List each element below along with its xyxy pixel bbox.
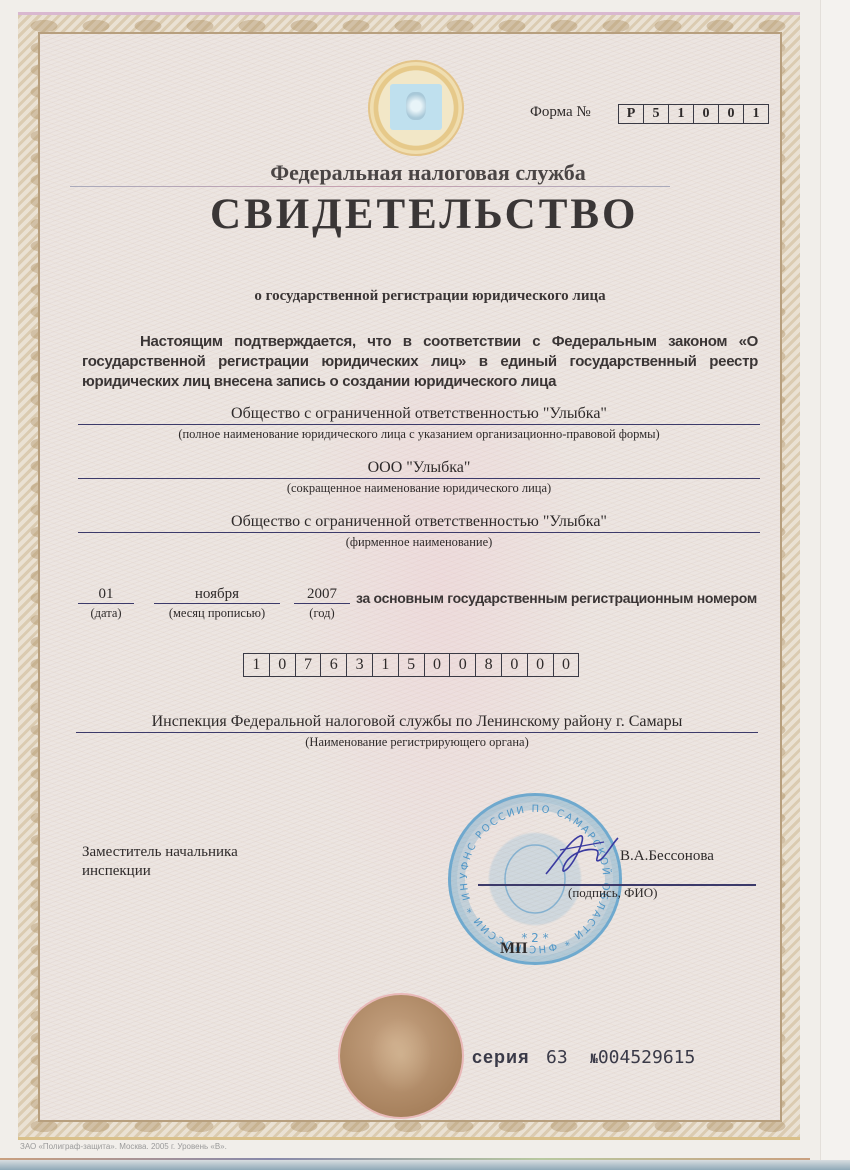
divider (70, 186, 670, 187)
firm-name-field: Общество с ограниченной ответственностью… (78, 512, 760, 551)
signer-position-line2: инспекции (82, 862, 238, 881)
agency-name: Федеральная налоговая служба (0, 160, 850, 186)
fns-hologram-emblem-icon (368, 60, 464, 156)
ogrn-boxes: 1076315008000 (243, 653, 579, 677)
number-sign: № (590, 1052, 598, 1067)
ogrn-digit: 0 (528, 654, 554, 676)
authority-caption: (Наименование регистрирующего органа) (76, 733, 758, 751)
serial-number: №004529615 (590, 1047, 695, 1068)
firm-name-caption: (фирменное наименование) (78, 533, 760, 551)
registration-number-label: за основным государственным регистрацион… (356, 590, 757, 606)
full-name-value: Общество с ограниченной ответственностью… (78, 404, 760, 425)
ogrn-digit: 0 (502, 654, 528, 676)
document-title: СВИДЕТЕЛЬСТВО (210, 190, 639, 239)
ogrn-digit: 1 (373, 654, 399, 676)
date-day: 01 (дата) (78, 585, 134, 622)
ogrn-digit: 1 (244, 654, 270, 676)
ogrn-digit: 0 (425, 654, 451, 676)
date-year-caption: (год) (294, 604, 350, 622)
signer-name: В.А.Бессонова (620, 848, 714, 865)
form-number-label: Форма № (530, 104, 591, 121)
full-name-caption: (полное наименование юридического лица с… (78, 425, 760, 443)
signature-caption: (подпись, ФИО) (568, 885, 658, 901)
series-label: серия (472, 1047, 530, 1068)
form-number-digit: 0 (694, 105, 719, 123)
eagle-emblem-icon (390, 84, 442, 130)
authority-field: Инспекция Федеральной налоговой службы п… (76, 712, 758, 751)
ogrn-digit: 0 (554, 654, 579, 676)
printer-note: ЗАО «Полиграф-защита». Москва. 2005 г. У… (20, 1142, 227, 1151)
date-year: 2007 (год) (294, 585, 350, 622)
form-number-digit: 5 (644, 105, 669, 123)
date-month: ноября (месяц прописью) (154, 585, 280, 622)
date-month-value: ноября (154, 585, 280, 604)
date-month-caption: (месяц прописью) (154, 604, 280, 622)
seal-place-mark: МП (500, 940, 528, 958)
form-number-boxes: Р51001 (618, 104, 769, 124)
authority-value: Инспекция Федеральной налоговой службы п… (76, 712, 758, 733)
form-number-digit: Р (619, 105, 644, 123)
form-number-digit: 1 (744, 105, 768, 123)
document-subtitle: о государственной регистрации юридическо… (0, 288, 850, 305)
date-day-caption: (дата) (78, 604, 134, 622)
confirmation-paragraph: Настоящим подтверждается, что в соответс… (82, 332, 758, 392)
firm-name-value: Общество с ограниченной ответственностью… (78, 512, 760, 533)
ogrn-digit: 7 (296, 654, 322, 676)
short-name-caption: (сокращенное наименование юридического л… (78, 479, 760, 497)
form-number-digit: 0 (719, 105, 744, 123)
serial-number-value: 004529615 (598, 1047, 696, 1068)
scan-edge (0, 1160, 850, 1170)
ogrn-digit: 6 (321, 654, 347, 676)
signer-position-line1: Заместитель начальника (82, 843, 238, 862)
ogrn-digit: 0 (270, 654, 296, 676)
ogrn-digit: 0 (450, 654, 476, 676)
eagle-icon (370, 1017, 432, 1093)
embossed-seal-icon (340, 995, 462, 1117)
ogrn-digit: 8 (476, 654, 502, 676)
date-year-value: 2007 (294, 585, 350, 604)
date-day-value: 01 (78, 585, 134, 604)
short-name-field: ООО "Улыбка" (сокращенное наименование ю… (78, 458, 760, 497)
series-value: 63 (546, 1047, 568, 1068)
full-name-field: Общество с ограниченной ответственностью… (78, 404, 760, 443)
handwritten-signature (540, 830, 620, 880)
signer-position: Заместитель начальника инспекции (82, 843, 238, 881)
form-number-digit: 1 (669, 105, 694, 123)
short-name-value: ООО "Улыбка" (78, 458, 760, 479)
ogrn-digit: 5 (399, 654, 425, 676)
ogrn-digit: 3 (347, 654, 373, 676)
